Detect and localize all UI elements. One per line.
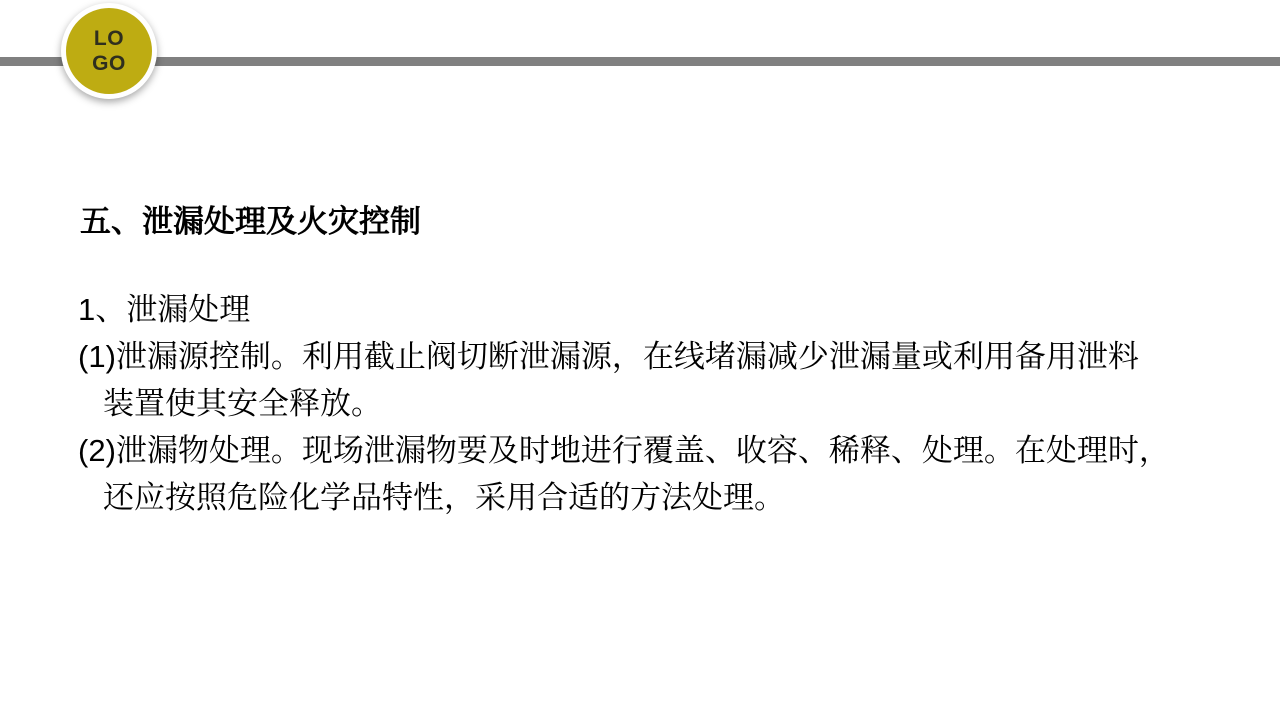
slide-title: 五、泄漏处理及火灾控制 [80,196,421,241]
body-line-2: (1)泄漏源控制。利用截止阀切断泄漏源，在线堵漏减少泄漏量或利用备用泄料 [78,333,1213,380]
logo-badge: LO GO [61,3,157,99]
body-line-5: 还应按照危险化学品特性，采用合适的方法处理。 [78,474,1213,521]
logo-text-line1: LO [94,26,124,51]
presentation-slide: LO GO 五、泄漏处理及火灾控制 1、泄漏处理 (1)泄漏源控制。利用截止阀切… [0,0,1280,720]
header-divider-rule [0,57,1280,66]
logo-text: LO GO [92,26,126,76]
slide-body: 1、泄漏处理 (1)泄漏源控制。利用截止阀切断泄漏源，在线堵漏减少泄漏量或利用备… [78,286,1213,521]
body-line-1: 1、泄漏处理 [78,286,1213,333]
body-line-4: (2)泄漏物处理。现场泄漏物要及时地进行覆盖、收容、稀释、处理。在处理时， [78,427,1213,474]
body-line-3: 装置使其安全释放。 [78,380,1213,427]
logo-text-line2: GO [92,51,126,76]
